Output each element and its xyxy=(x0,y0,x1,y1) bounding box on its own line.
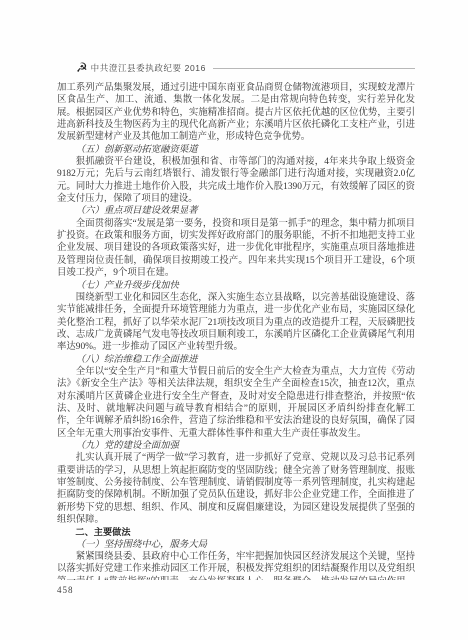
document-body: 加工系列产品集聚发展，通过引进中国东南亚食品商贸仓储物流港项目，实现蛟龙潭片区食… xyxy=(57,82,415,580)
subsection-heading: （八）综治维稳工作全面推进 xyxy=(57,354,415,366)
paragraph: 全面贯彻落实“发展是第一要务，投资和项目是第一抓手”的理念，集中精力抓项目扩投资… xyxy=(57,218,415,280)
paragraph: 围绕新型工业化和园区生态化，深入实施生态立县战略，以完善基础设施建设、落实节能减… xyxy=(57,292,415,354)
paragraph: 狠抓融资平台建设，积极加强和省、市等部门的沟通对接，4年来共争取上级资金9182… xyxy=(57,156,415,205)
paragraph: 扎实认真开展了“两学一做”学习教育，进一步抓好了党章、党规以及习总书记系列重要讲… xyxy=(57,452,415,526)
header-rule xyxy=(213,68,415,69)
page-header: ☭ 中共澄江县委执政纪要 2016 xyxy=(76,59,415,77)
paragraph: 全年以“安全生产月”和重大节假日前后的安全生产大检查为重点，大力宣传《劳动法》《… xyxy=(57,366,415,440)
paragraph: 加工系列产品集聚发展，通过引进中国东南亚食品商贸仓储物流港项目，实现蛟龙潭片区食… xyxy=(57,82,415,144)
section-heading: 二、主要做法 xyxy=(57,526,415,538)
party-emblem-icon: ☭ xyxy=(76,62,88,75)
subsection-heading: （七）产业升级步伐加快 xyxy=(57,280,415,292)
paragraph: 紧紧围绕县委、县政府中心工作任务，牢牢把握加快园区经济发展这个关键，坚持以落实抓… xyxy=(57,551,415,580)
subsection-heading: （九）党的建设全面加强 xyxy=(57,440,415,452)
header-title: 中共澄江县委执政纪要 2016 xyxy=(91,62,206,74)
page-number: 458 xyxy=(57,585,74,595)
subsection-heading: （一）坚持围绕中心，服务大局 xyxy=(57,539,415,551)
subsection-heading: （六）重点项目建设效果显著 xyxy=(57,205,415,217)
subsection-heading: （五）创新驱动拓宽融资渠道 xyxy=(57,144,415,156)
document-page: ☭ 中共澄江县委执政纪要 2016 加工系列产品集聚发展，通过引进中国东南亚食品… xyxy=(0,0,468,640)
